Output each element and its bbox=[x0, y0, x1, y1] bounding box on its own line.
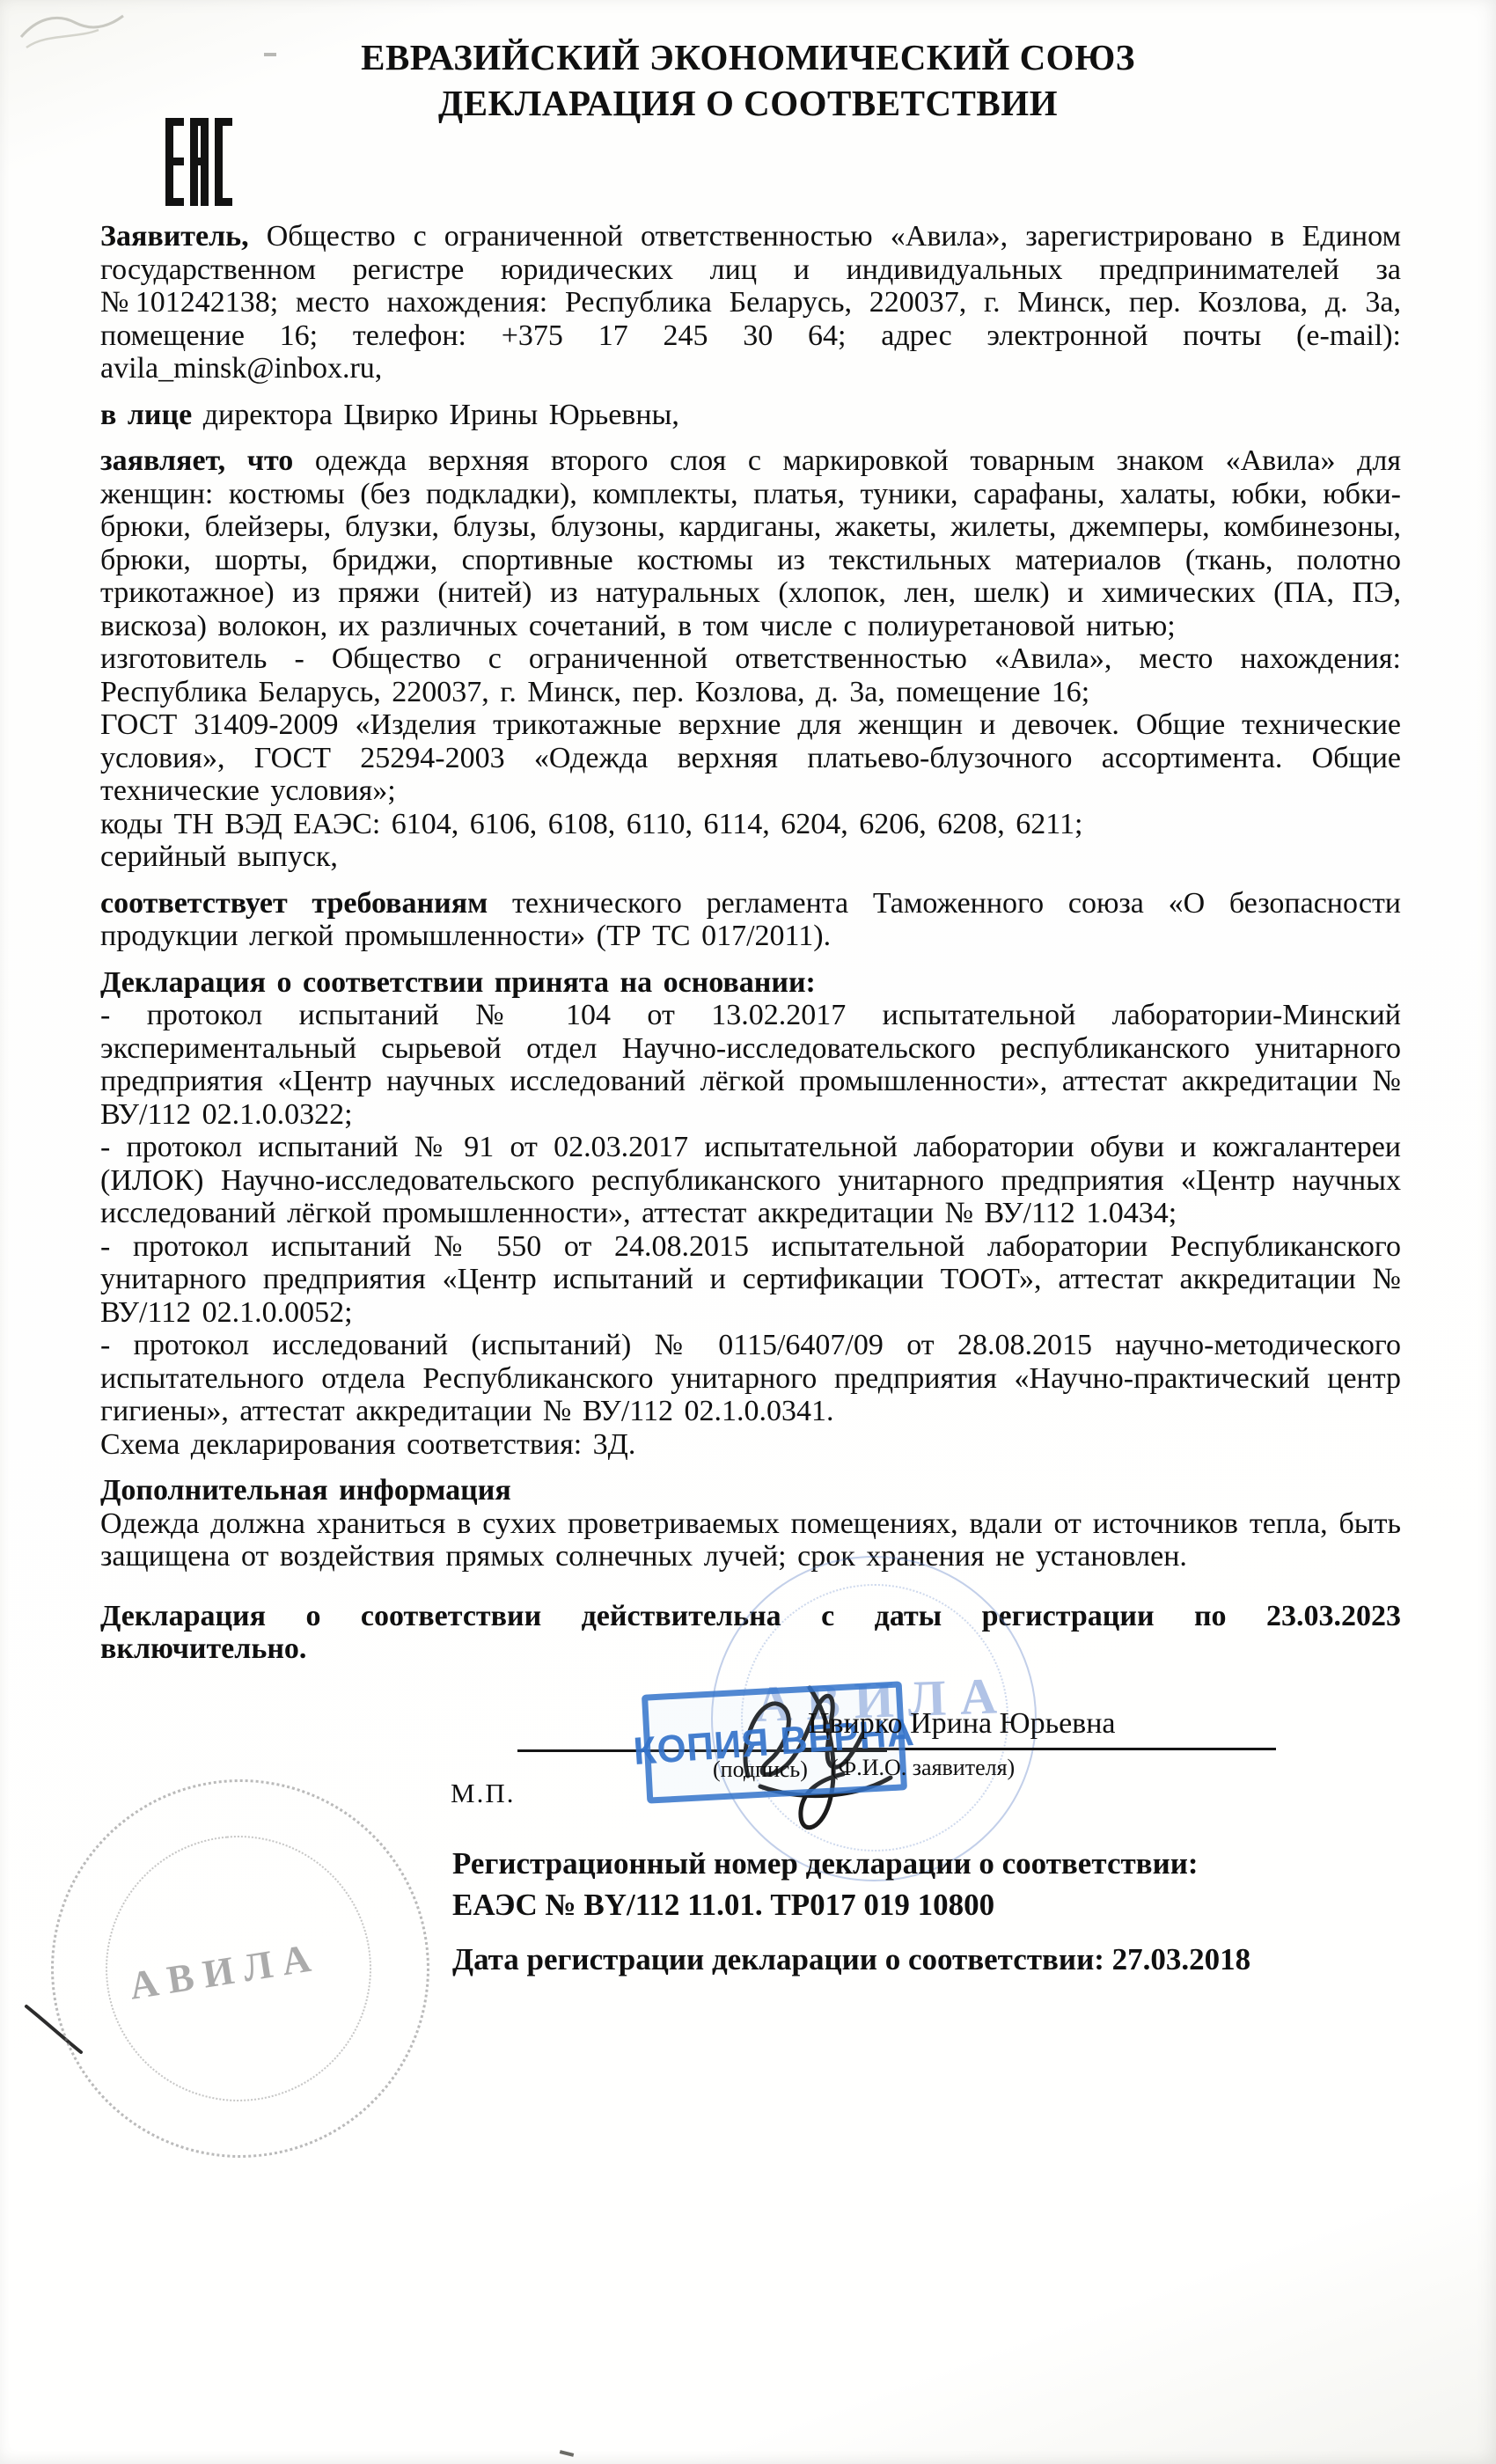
union-title: ЕВРАЗИЙСКИЙ ЭКОНОМИЧЕСКИЙ СОЮЗ bbox=[0, 35, 1496, 79]
standards-line: ГОСТ 31409-2009 «Изделия трикотажные вер… bbox=[100, 708, 1401, 808]
signer-name: Цвирко Ирина Юрьевна bbox=[808, 1707, 1116, 1741]
basis-item: - протокол исследований (испытаний) № 01… bbox=[100, 1329, 1401, 1428]
mp-seal-label: М.П. bbox=[451, 1778, 515, 1809]
declaration-scheme-line: Схема декларирования соответствия: 3Д. bbox=[100, 1428, 1401, 1462]
tnved-codes-line: коды ТН ВЭД ЕАЭС: 6104, 6106, 6108, 6110… bbox=[100, 808, 1401, 841]
compliance-paragraph: соответствует требованиям технического р… bbox=[100, 887, 1401, 953]
document-header: ЕВРАЗИЙСКИЙ ЭКОНОМИЧЕСКИЙ СОЮЗ ДЕКЛАРАЦИ… bbox=[0, 35, 1496, 125]
declares-text: одежда верхняя второго слоя с маркировко… bbox=[100, 444, 1401, 642]
declaration-document: ЕВРАЗИЙСКИЙ ЭКОНОМИЧЕСКИЙ СОЮЗ ДЕКЛАРАЦИ… bbox=[0, 0, 1496, 2464]
basis-heading: Декларация о соответствии принята на осн… bbox=[100, 966, 1401, 1000]
production-type-line: серийный выпуск, bbox=[100, 840, 1401, 874]
document-body: Заявитель, Общество с ограниченной ответ… bbox=[100, 220, 1401, 1666]
applicant-text: Общество с ограниченной ответственностью… bbox=[100, 220, 1401, 385]
signature-caption: (подпись) bbox=[713, 1756, 808, 1783]
registration-number-value: ЕАЭС № BY/112 11.01. ТР017 019 10800 bbox=[452, 1888, 1250, 1923]
name-caption: (Ф.И.О. заявителя) bbox=[831, 1755, 1015, 1781]
document-title: ДЕКЛАРАЦИЯ О СООТВЕТСТВИИ bbox=[0, 81, 1496, 125]
applicant-lead: Заявитель, bbox=[100, 220, 249, 253]
registration-date-line: Дата регистрации декларации о соответств… bbox=[452, 1942, 1250, 1977]
complies-lead: соответствует требованиям bbox=[100, 887, 488, 920]
basis-item: - протокол испытаний № 91 от 02.03.2017 … bbox=[100, 1131, 1401, 1230]
represented-by-paragraph: в лице директора Цвирко Ирины Юрьевны, bbox=[100, 399, 1401, 432]
copy-verna-stamp: КОПИЯ ВЕРНА bbox=[642, 1681, 907, 1803]
additional-info-heading: Дополнительная информация bbox=[100, 1474, 1401, 1507]
additional-info-text: Одежда должна храниться в сухих проветри… bbox=[100, 1507, 1401, 1573]
registration-block: Регистрационный номер декларации о соотв… bbox=[452, 1846, 1250, 1977]
basis-item: - протокол испытаний № 104 от 13.02.2017… bbox=[100, 999, 1401, 1131]
declaration-paragraph: заявляет, что одежда верхняя второго сло… bbox=[100, 444, 1401, 642]
declares-lead: заявляет, что bbox=[100, 444, 293, 477]
manufacturer-line: изготовитель - Общество с ограниченной о… bbox=[100, 642, 1401, 708]
basis-item: - протокол испытаний № 550 от 24.08.2015… bbox=[100, 1230, 1401, 1330]
scan-dot bbox=[560, 2450, 574, 2457]
applicant-paragraph: Заявитель, Общество с ограниченной ответ… bbox=[100, 220, 1401, 385]
represented-text: директора Цвирко Ирины Юрьевны, bbox=[192, 399, 679, 431]
eac-logo-icon bbox=[165, 118, 232, 206]
registration-number-label: Регистрационный номер декларации о соотв… bbox=[452, 1846, 1250, 1881]
represented-lead: в лице bbox=[100, 399, 192, 431]
